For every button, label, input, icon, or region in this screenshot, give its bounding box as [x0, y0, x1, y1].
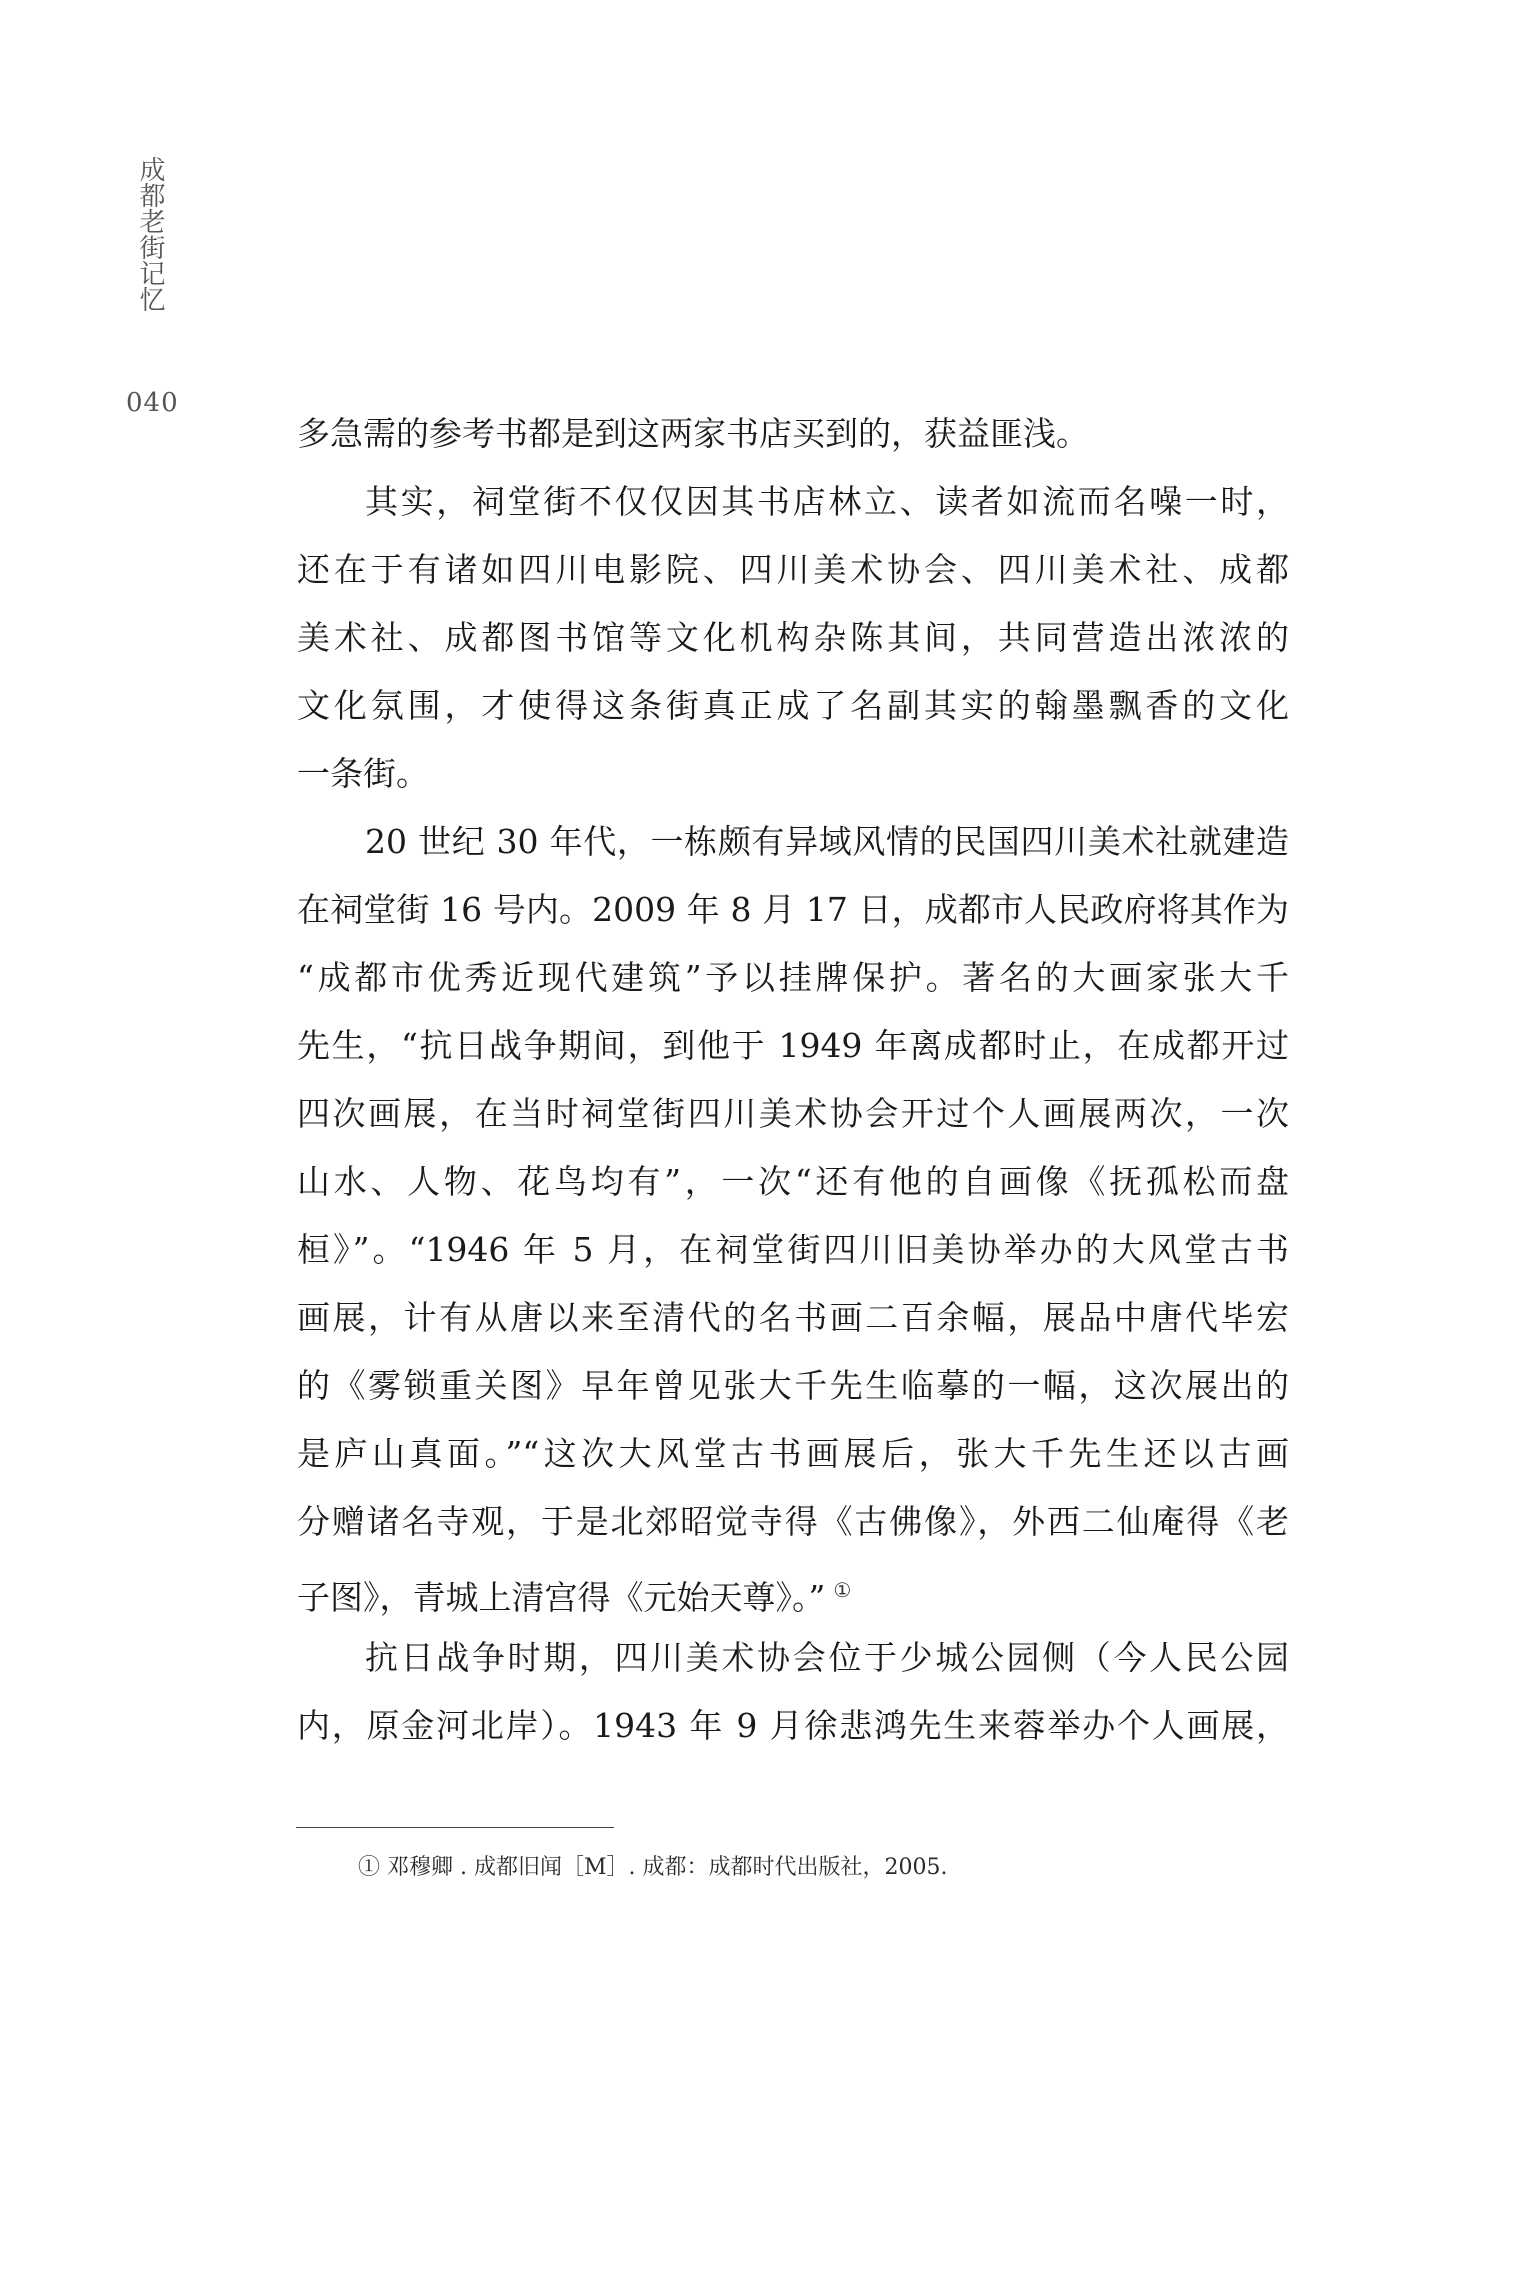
text-line: 一条街。: [297, 740, 1289, 808]
text-line: 的《雾锁重关图》早年曾见张大千先生临摹的一幅，这次展出的: [297, 1352, 1289, 1420]
text-line-with-footnote: 子图》，青城上清宫得《元始天尊》。”①: [297, 1556, 1289, 1624]
footnote: ① 邓穆卿 . 成都旧闻［M］. 成都：成都时代出版社，2005.: [358, 1852, 947, 1884]
text-line: 内，原金河北岸）。1943 年 9 月徐悲鸿先生来蓉举办个人画展，: [297, 1692, 1289, 1760]
text-line: 是庐山真面。”“这次大风堂古书画展后，张大千先生还以古画: [297, 1420, 1289, 1488]
paragraph: 抗日战争时期，四川美术协会位于少城公园侧（今人民公园 内，原金河北岸）。1943…: [297, 1624, 1289, 1760]
paragraph: 20 世纪 30 年代，一栋颇有异域风情的民国四川美术社就建造 在祠堂街 16 …: [297, 808, 1289, 1624]
text-line: “成都市优秀近现代建筑”予以挂牌保护。著名的大画家张大千: [297, 944, 1289, 1012]
body-text: 多急需的参考书都是到这两家书店买到的，获益匪浅。 其实，祠堂街不仅仅因其书店林立…: [297, 400, 1289, 1760]
text-line: 文化氛围，才使得这条街真正成了名副其实的翰墨飘香的文化: [297, 672, 1289, 740]
text-line: 在祠堂街 16 号内。2009 年 8 月 17 日，成都市人民政府将其作为: [297, 876, 1289, 944]
text-line: 四次画展，在当时祠堂街四川美术协会开过个人画展两次，一次: [297, 1080, 1289, 1148]
page-number: 040: [126, 388, 179, 418]
running-title-vertical: 成都老街记忆: [135, 156, 165, 312]
text-line: 美术社、成都图书馆等文化机构杂陈其间，共同营造出浓浓的: [297, 604, 1289, 672]
text-line: 20 世纪 30 年代，一栋颇有异域风情的民国四川美术社就建造: [297, 808, 1289, 876]
paragraph: 多急需的参考书都是到这两家书店买到的，获益匪浅。: [297, 400, 1289, 468]
text-line: 先生，“抗日战争期间，到他于 1949 年离成都时止，在成都开过: [297, 1012, 1289, 1080]
text-line: 山水、人物、花鸟均有”，一次“还有他的自画像《抚孤松而盘: [297, 1148, 1289, 1216]
text-line: 画展，计有从唐以来至清代的名书画二百余幅，展品中唐代毕宏: [297, 1284, 1289, 1352]
paragraph: 其实，祠堂街不仅仅因其书店林立、读者如流而名噪一时， 还在于有诸如四川电影院、四…: [297, 468, 1289, 808]
text-line: 抗日战争时期，四川美术协会位于少城公园侧（今人民公园: [297, 1624, 1289, 1692]
text-line: 其实，祠堂街不仅仅因其书店林立、读者如流而名噪一时，: [297, 468, 1289, 536]
footnote-reference[interactable]: ①: [833, 1578, 851, 1602]
text-line: 分赠诸名寺观，于是北郊昭觉寺得《古佛像》，外西二仙庵得《老: [297, 1488, 1289, 1556]
text-line: 桓》”。“1946 年 5 月，在祠堂街四川旧美协举办的大风堂古书: [297, 1216, 1289, 1284]
text-line: 多急需的参考书都是到这两家书店买到的，获益匪浅。: [297, 400, 1289, 468]
footnote-divider: [296, 1827, 614, 1828]
text-line: 还在于有诸如四川电影院、四川美术协会、四川美术社、成都: [297, 536, 1289, 604]
text-line: 子图》，青城上清宫得《元始天尊》。”: [297, 1578, 825, 1617]
